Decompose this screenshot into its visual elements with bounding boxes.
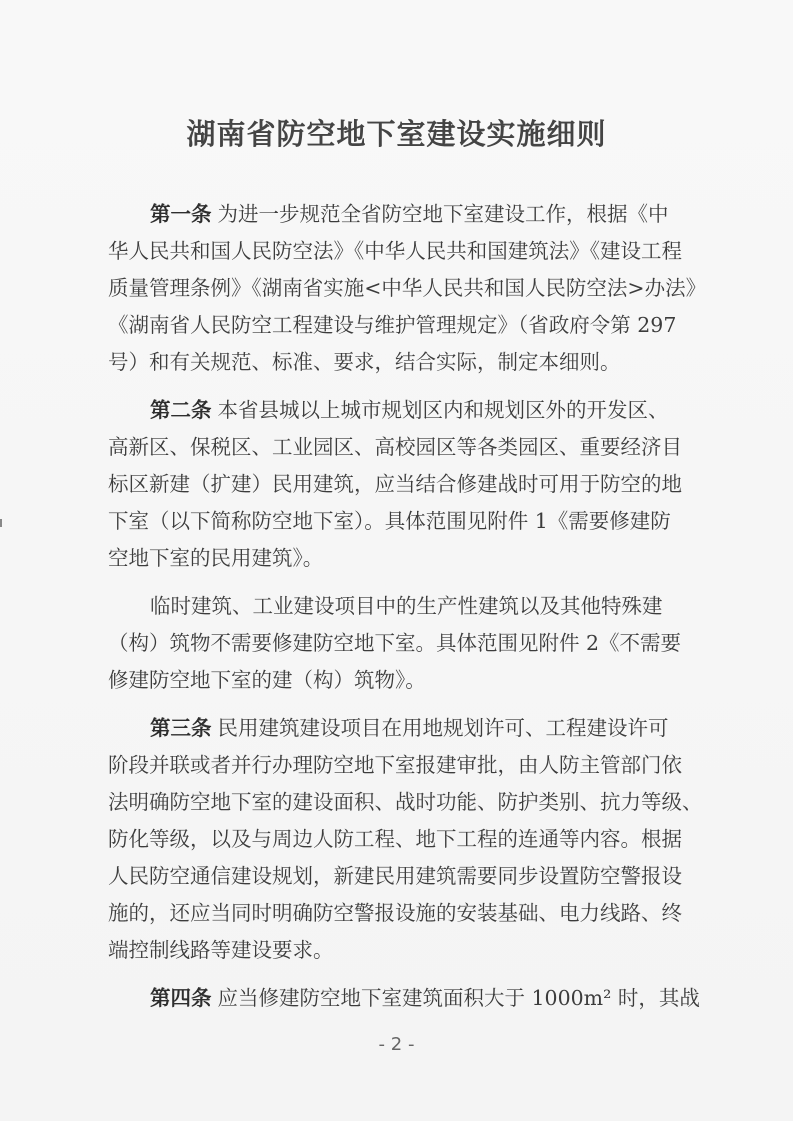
document-page: 湖南省防空地下室建设实施细则 第一条为进一步规范全省防空地下室建设工作，根据《中…	[0, 0, 793, 1121]
paragraph-line: 华人民共和国人民防空法》《中华人民共和国建筑法》《建设工程	[108, 239, 708, 263]
paragraph-line: 高新区、保税区、工业园区、高校园区等各类园区、重要经济目	[108, 435, 708, 459]
paragraph-line: 《湖南省人民防空工程建设与维护管理规定》（省政府令第 297	[108, 313, 708, 337]
document-title: 湖南省防空地下室建设实施细则	[0, 112, 793, 153]
paragraph-line: 空地下室的民用建筑》。	[108, 546, 708, 570]
paragraph-line: 防化等级，以及与周边人防工程、地下工程的连通等内容。根据	[108, 827, 708, 851]
paragraph-line: 质量管理条例》《湖南省实施<中华人民共和国人民防空法>办法》	[108, 276, 708, 300]
paragraph-line: 人民防空通信建设规划，新建民用建筑需要同步设置防空警报设	[108, 864, 708, 888]
paragraph-line: 法明确防空地下室的建设面积、战时功能、防护类别、抗力等级、	[108, 790, 708, 814]
paragraph-line: 第一条为进一步规范全省防空地下室建设工作，根据《中	[150, 202, 750, 226]
paragraph-line: 第三条民用建筑建设项目在用地规划许可、工程建设许可	[150, 716, 750, 740]
article-label: 第四条	[150, 986, 212, 1010]
paragraph-line: （构）筑物不需要修建防空地下室。具体范围见附件 2《不需要	[108, 631, 708, 655]
paragraph-line: 下室（以下简称防空地下室）。具体范围见附件 1《需要修建防	[108, 509, 708, 533]
paragraph-line: 阶段并联或者并行办理防空地下室报建审批，由人防主管部门依	[108, 753, 708, 777]
paragraph-line: 标区新建（扩建）民用建筑，应当结合修建战时可用于防空的地	[108, 472, 708, 496]
page-number: - 2 -	[0, 1034, 793, 1055]
paragraph-line: 临时建筑、工业建设项目中的生产性建筑以及其他特殊建	[150, 594, 750, 618]
paragraph-line: 修建防空地下室的建（构）筑物》。	[108, 668, 708, 692]
paragraph-line: 第二条本省县城以上城市规划区内和规划区外的开发区、	[150, 398, 750, 422]
article-label: 第二条	[150, 398, 212, 422]
paragraph-line: 第四条应当修建防空地下室建筑面积大于 1000m² 时，其战	[150, 986, 750, 1010]
scan-edge-mark	[0, 519, 2, 527]
paragraph-line: 端控制线路等建设要求。	[108, 938, 708, 962]
paragraph-line: 号）和有关规范、标准、要求，结合实际，制定本细则。	[108, 350, 708, 374]
article-label: 第一条	[150, 202, 212, 226]
article-label: 第三条	[150, 716, 212, 740]
paragraph-line: 施的，还应当同时明确防空警报设施的安装基础、电力线路、终	[108, 901, 708, 925]
